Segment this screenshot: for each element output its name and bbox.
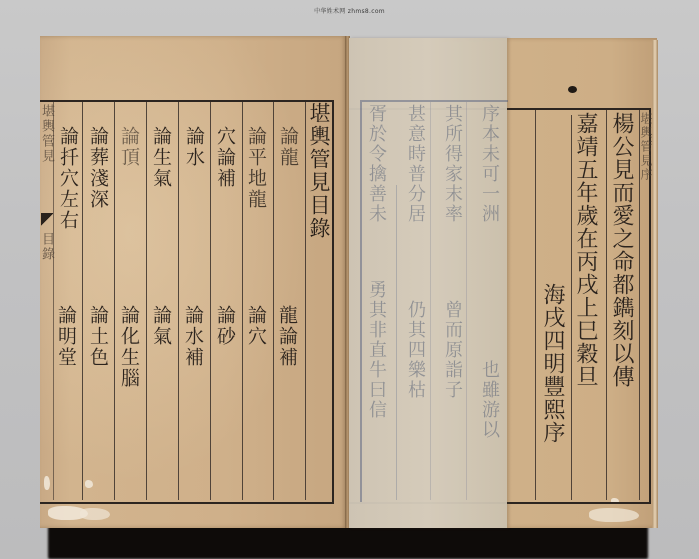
- preface-text-column: 嘉靖五年歲在丙戌上巳穀旦: [574, 112, 596, 388]
- edge-book-title: 堪輿管見序: [640, 112, 652, 182]
- toc-entry: 論葬淺深: [88, 126, 107, 210]
- interleaf-rule: [396, 185, 397, 500]
- column-rule: [606, 110, 607, 500]
- bleed-through-text: 仍其四樂枯: [406, 300, 424, 400]
- toc-entry: 論土色: [88, 305, 107, 368]
- bleed-through-text: 序本未可一洲: [480, 104, 498, 224]
- toc-entry: 論穴: [246, 305, 265, 347]
- toc-entry: 論龍: [278, 126, 297, 168]
- bleed-through-text: 也雖游以: [480, 360, 498, 440]
- toc-entry: 論化生腦: [119, 305, 138, 389]
- bleed-through-text: 甚意時普分居: [406, 104, 424, 224]
- toc-title: 堪輿管見目錄: [308, 102, 329, 240]
- column-rule: [242, 102, 243, 500]
- edge-section-label: 目錄: [40, 232, 53, 262]
- fishtail-mark: [41, 213, 53, 227]
- toc-entry: 論生氣: [151, 126, 170, 189]
- stain: [589, 508, 639, 522]
- stain: [80, 508, 110, 520]
- bleed-through-text: 胥於令擒善未: [367, 104, 385, 224]
- toc-entry: 穴論補: [215, 126, 234, 189]
- toc-entry: 龍論補: [277, 305, 296, 368]
- toc-entry: 論砂: [215, 305, 234, 347]
- bleed-through-text: 勇其非直牛曰信: [367, 280, 385, 420]
- preface-text-column: 楊公見而愛之命都鐫刻以傳: [610, 112, 632, 388]
- watermark: 中华姓术网 zhms8.com: [0, 6, 699, 15]
- book-shadow: [48, 525, 648, 559]
- column-rule: [114, 102, 115, 500]
- column-rule: [210, 102, 211, 500]
- interleaf-rule: [430, 102, 431, 500]
- toc-entry: 論平地龍: [246, 126, 265, 210]
- toc-entry: 論氣: [151, 305, 170, 347]
- column-rule: [273, 102, 274, 500]
- interleaf-rule: [466, 102, 467, 500]
- toc-entry: 論水補: [183, 305, 202, 368]
- toc-entry: 論頂: [119, 126, 138, 168]
- edge-book-title: 堪輿管見: [40, 104, 53, 164]
- preface-signature: 海戌四明豐熙序: [541, 283, 563, 444]
- ink-dot: [568, 86, 577, 93]
- column-rule: [571, 115, 572, 500]
- column-rule: [305, 102, 306, 500]
- column-rule: [82, 102, 83, 500]
- bleed-through-text: 曾而原詣子: [443, 300, 461, 400]
- toc-entry: 論扦穴左右: [58, 126, 77, 231]
- toc-entry: 論水: [184, 126, 203, 168]
- column-rule: [535, 110, 536, 500]
- column-rule: [178, 102, 179, 500]
- bleed-through-text: 其所得家末率: [443, 104, 461, 224]
- toc-entry: 論明堂: [56, 305, 75, 368]
- column-rule: [146, 102, 147, 500]
